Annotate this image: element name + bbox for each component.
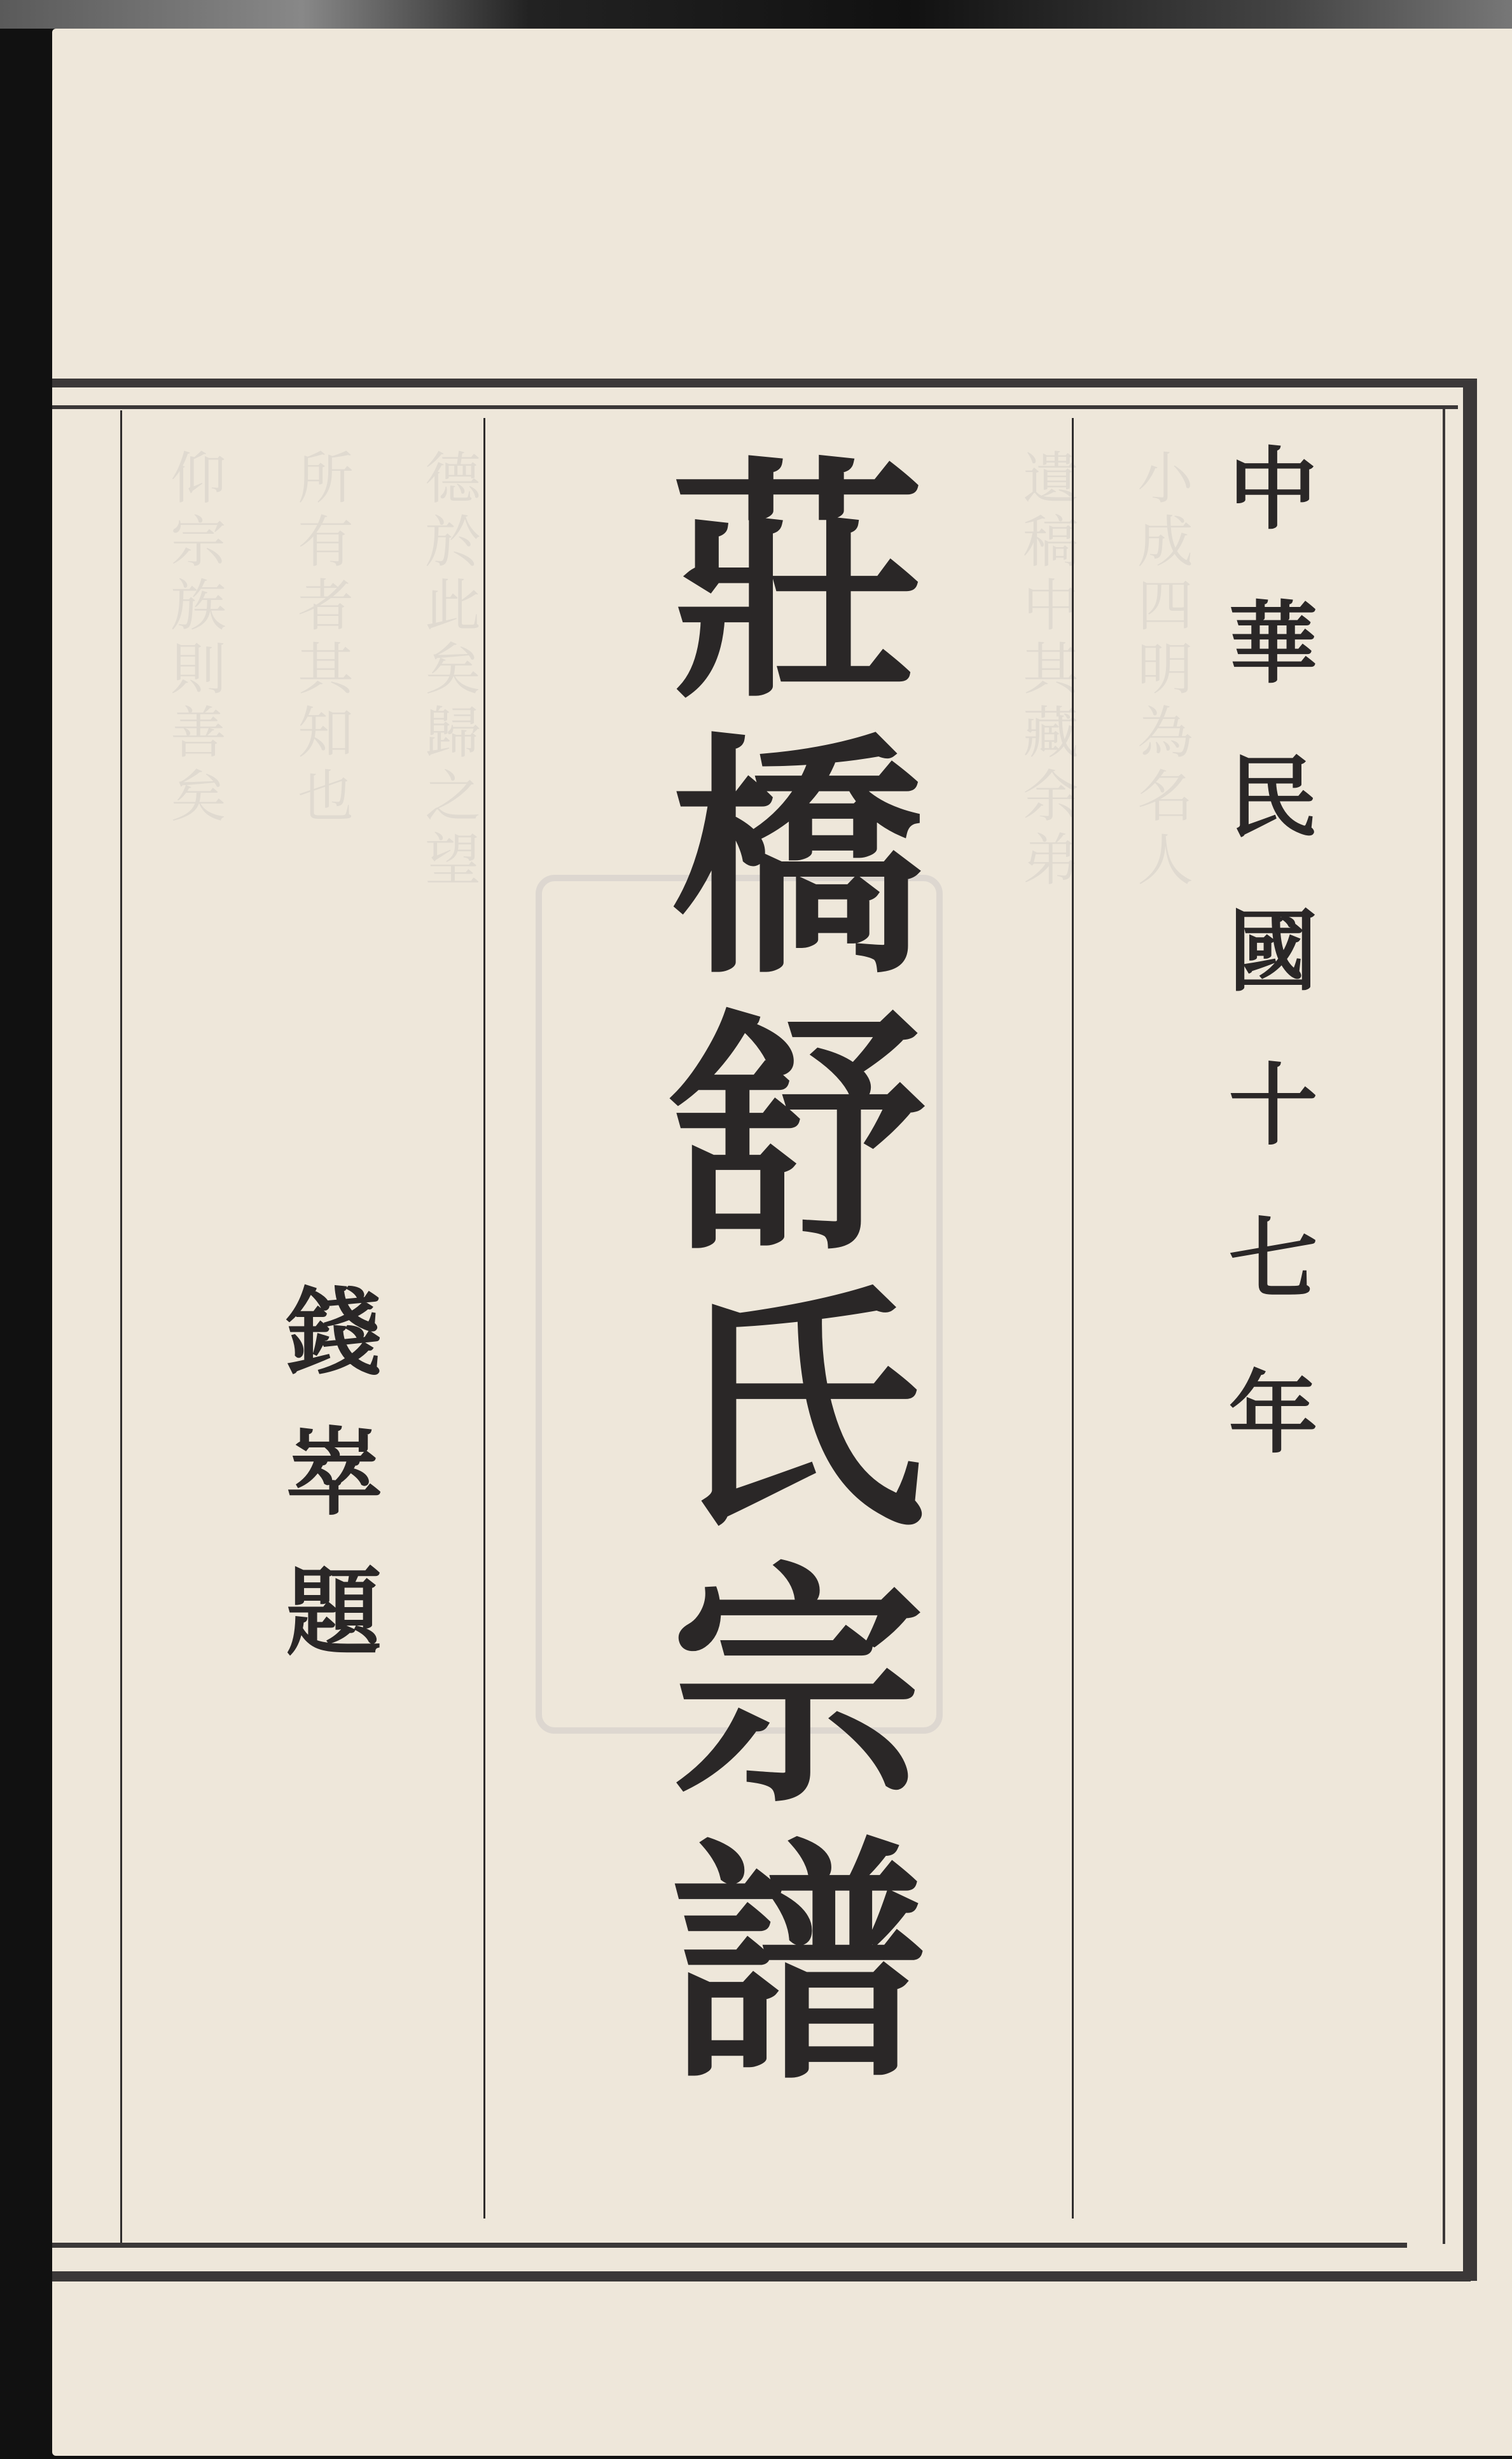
column-divider xyxy=(120,410,122,2243)
frame-top-inner xyxy=(52,405,1458,409)
page-title: 莊橋舒氏宗譜 xyxy=(650,449,905,2105)
bleed-through-text: 德於此矣歸之望 xyxy=(408,449,489,894)
frame-top-outer xyxy=(52,379,1477,387)
column-divider xyxy=(1072,418,1074,2219)
calligrapher-signature: 錢崒題 xyxy=(257,1282,394,1702)
book-spine-edge xyxy=(0,0,1512,29)
column-divider xyxy=(483,418,485,2219)
bleed-through-text: 小成四明為名人 xyxy=(1121,449,1201,894)
bleed-through-text: 所有者其知也 xyxy=(281,449,361,830)
date-inscription: 中華民國十七年 xyxy=(1202,442,1330,1520)
bleed-through-text: 仰宗族則善矣 xyxy=(154,449,234,830)
frame-bottom-outer xyxy=(52,2271,1471,2281)
bleed-through-text: 遺稿中其藏余弟 xyxy=(1006,449,1086,894)
frame-right-thick xyxy=(1463,385,1477,2281)
frame-right-inner xyxy=(1443,405,1445,2244)
frame-bottom-inner xyxy=(52,2243,1407,2248)
page-sheet: 小成四明為名人 遺稿中其藏余弟 德於此矣歸之望 所有者其知也 仰宗族則善矣 中華… xyxy=(52,29,1512,2456)
